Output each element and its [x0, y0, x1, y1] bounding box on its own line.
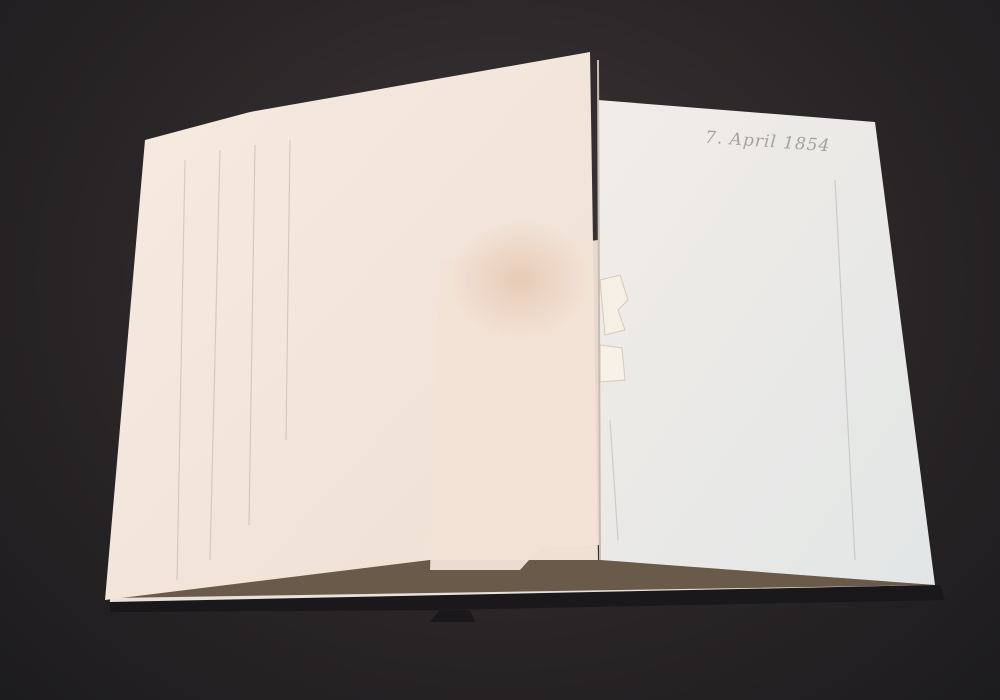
photo-scene: 7. April 1854	[0, 0, 1000, 700]
seal-stain	[450, 220, 590, 340]
right-panel	[598, 100, 935, 585]
letter-illustration	[0, 0, 1000, 700]
torn-paper-fragment	[600, 345, 625, 382]
